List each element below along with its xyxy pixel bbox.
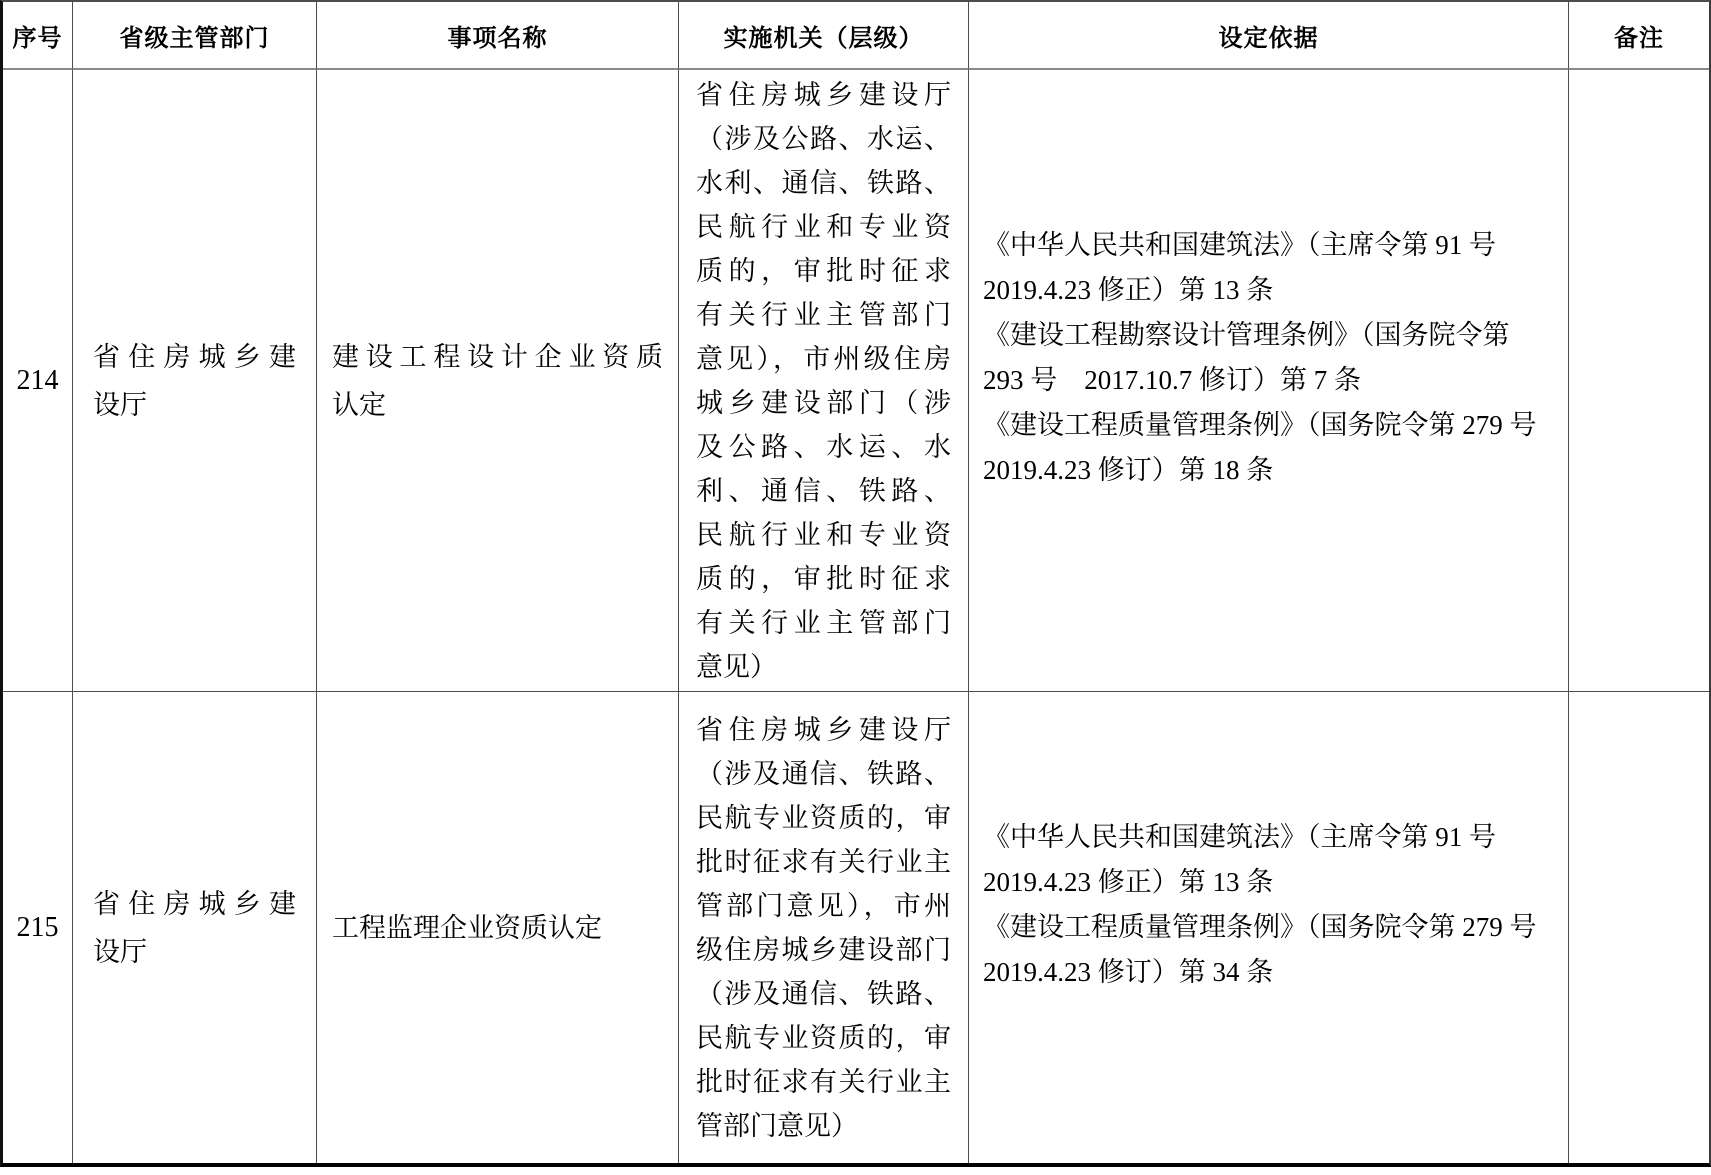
text-line: 意见） [696,645,951,689]
text-line: 《建设工程质量管理条例》（国务院令第 279 号 [983,403,1554,448]
text-line: 利、通信、铁路、 [696,469,951,513]
text-line: （涉及通信、铁路、 [696,752,951,796]
row-214-remark [1569,70,1709,692]
text-line: 质的，审批时征求 [696,249,951,293]
header-remark-label: 备注 [1614,18,1664,53]
text-line: 2019.4.23 修订）第 18 条 [983,448,1554,493]
text-line: 《建设工程勘察设计管理条例》（国务院令第 [983,313,1554,358]
text-line: 《建设工程质量管理条例》（国务院令第 279 号 [983,905,1554,950]
text-line: 民航专业资质的，审 [696,1016,951,1060]
text-line: 质的，审批时征求 [696,557,951,601]
header-item-name-label: 事项名称 [448,18,548,53]
row-215-item-name: 工程监理企业资质认定 [317,692,679,1163]
text-line: 水利、通信、铁路、 [696,161,951,205]
text-line: 省住房城乡建设厅 [696,708,951,752]
header-seq: 序号 [3,2,73,70]
text-line: 管部门意见） [696,1104,951,1148]
text-line: 《中华人民共和国建筑法》（主席令第 91 号 [983,815,1554,860]
header-basis-label: 设定依据 [1219,18,1319,53]
row-215-agency: 省住房城乡建设厅（涉及通信、铁路、民航专业资质的，审批时征求有关行业主管部门意见… [679,692,969,1163]
approval-items-table: 序号 省级主管部门 事项名称 实施机关（层级） 设定依据 备注 214 省住房城… [0,0,1711,1167]
text-line: 民航专业资质的，审 [696,796,951,840]
text-line: 2019.4.23 修订）第 34 条 [983,950,1554,995]
seq-number: 215 [17,912,59,944]
text-line: 设厅 [93,928,296,976]
header-department-label: 省级主管部门 [120,18,270,53]
text-line: 有关行业主管部门 [696,293,951,337]
text-line: 管部门意见），市州 [696,884,951,928]
row-214-item-name: 建设工程设计企业资质认定 [317,70,679,692]
header-seq-label: 序号 [13,18,63,53]
text-line: 省住房城乡建设厅 [696,73,951,117]
row-214-basis: 《中华人民共和国建筑法》（主席令第 91 号2019.4.23 修正）第 13 … [969,70,1569,692]
text-line: 2019.4.23 修正）第 13 条 [983,268,1554,313]
text-line: 级住房城乡建设部门 [696,928,951,972]
seq-number: 214 [17,365,59,397]
row-214-agency: 省住房城乡建设厅（涉及公路、水运、水利、通信、铁路、民航行业和专业资质的，审批时… [679,70,969,692]
text-line: 293 号 2017.10.7 修订）第 7 条 [983,358,1554,403]
header-agency-label: 实施机关（层级） [724,18,924,53]
text-line: 省住房城乡建 [93,333,296,381]
row-215-basis: 《中华人民共和国建筑法》（主席令第 91 号2019.4.23 修正）第 13 … [969,692,1569,1163]
text-line: 批时征求有关行业主 [696,840,951,884]
text-line: 城乡建设部门（涉 [696,381,951,425]
row-215-remark [1569,692,1709,1163]
text-line: 设厅 [93,381,296,429]
text-line: （涉及公路、水运、 [696,117,951,161]
text-line: 2019.4.23 修正）第 13 条 [983,860,1554,905]
text-line: 工程监理企业资质认定 [332,904,663,952]
header-department: 省级主管部门 [73,2,317,70]
row-215-seq: 215 [3,692,73,1163]
header-remark: 备注 [1569,2,1709,70]
row-214-seq: 214 [3,70,73,692]
row-215-department: 省住房城乡建设厅 [73,692,317,1163]
text-line: 民航行业和专业资 [696,205,951,249]
text-line: 省住房城乡建 [93,880,296,928]
header-agency: 实施机关（层级） [679,2,969,70]
text-line: 意见），市州级住房 [696,337,951,381]
text-line: 批时征求有关行业主 [696,1060,951,1104]
text-line: 及公路、水运、水 [696,425,951,469]
text-line: 建设工程设计企业资质 [332,333,663,381]
text-line: 认定 [332,381,663,429]
document-page: 序号 省级主管部门 事项名称 实施机关（层级） 设定依据 备注 214 省住房城… [0,0,1711,1175]
text-line: 《中华人民共和国建筑法》（主席令第 91 号 [983,223,1554,268]
header-basis: 设定依据 [969,2,1569,70]
text-line: （涉及通信、铁路、 [696,972,951,1016]
text-line: 有关行业主管部门 [696,601,951,645]
text-line: 民航行业和专业资 [696,513,951,557]
header-item-name: 事项名称 [317,2,679,70]
row-214-department: 省住房城乡建设厅 [73,70,317,692]
